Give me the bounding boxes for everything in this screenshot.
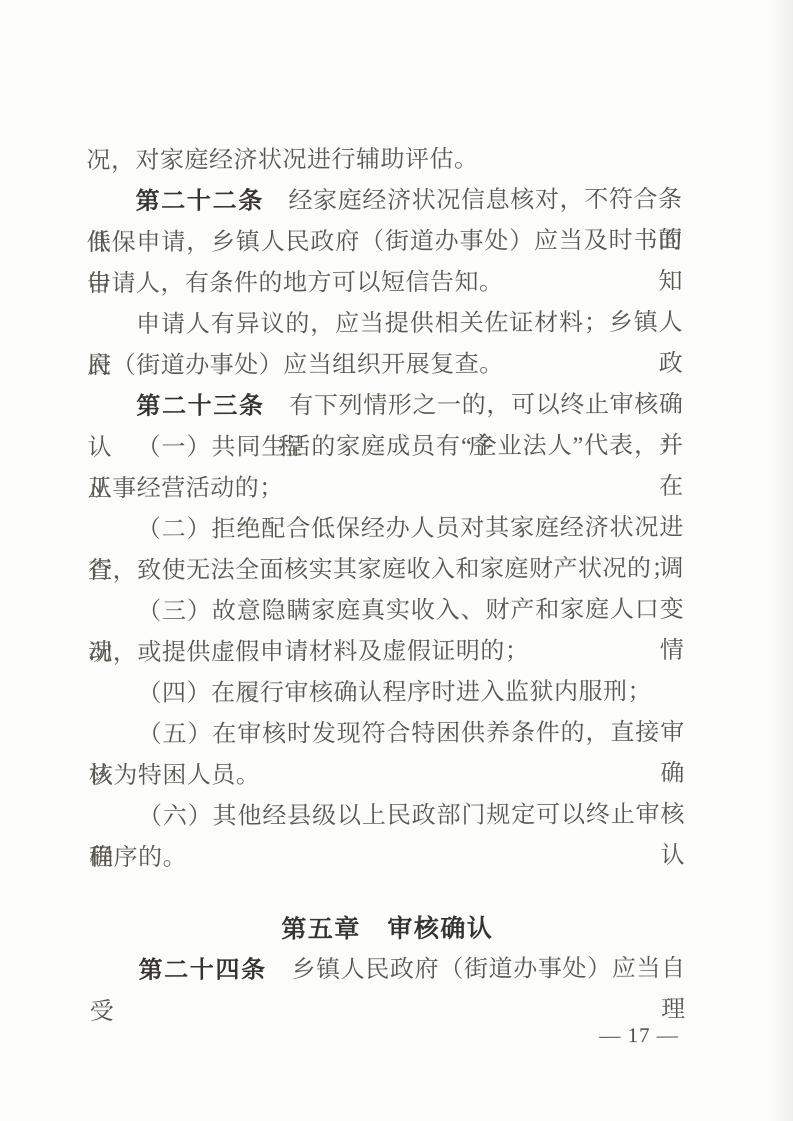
section-block: 第五章 审核确认 第二十四条 乡镇人民政府（街道办事处）应当自受理 <box>89 908 685 992</box>
article-number: 第二十四条 <box>139 958 267 984</box>
text-line: （四）在履行审核确认程序时进入监狱内服刑； <box>88 672 684 715</box>
scan-content: 况，对家庭经济状况进行辅助评估。第二十二条 经家庭经济状况信息核对，不符合条件的… <box>0 0 793 1121</box>
text-line: （五）在审核时发现符合特困供养条件的，直接审核确 <box>89 713 685 756</box>
text-line: （三）故意隐瞒家庭真实收入、财产和家庭人口变动情 <box>88 590 684 633</box>
text-line: 低保申请，乡镇人民政府（街道办事处）应当及时书面告知 <box>87 221 683 264</box>
text-line: 况，对家庭经济状况进行辅助评估。 <box>86 139 682 182</box>
text-line: 申请人有异议的，应当提供相关佐证材料；乡镇人民政 <box>87 303 683 346</box>
text-line: （二）拒绝配合低保经办人员对其家庭经济状况进行调 <box>88 508 684 551</box>
article-number: 第二十三条 <box>136 394 264 420</box>
chapter-heading: 第五章 审核确认 <box>89 908 685 951</box>
section-lines: 第二十四条 乡镇人民政府（街道办事处）应当自受理 <box>89 949 685 992</box>
text-line: （一）共同生活的家庭成员有“企业法人”代表，并正在 <box>87 426 683 469</box>
text-line: （六）其他经县级以上民政部门规定可以终止审核确认 <box>89 795 685 838</box>
document-page: 况，对家庭经济状况进行辅助评估。第二十二条 经家庭经济状况信息核对，不符合条件的… <box>0 0 793 1121</box>
text-line: 第二十二条 经家庭经济状况信息核对，不符合条件的 <box>87 180 683 223</box>
text-line: 第二十三条 有下列情形之一的，可以终止审核确认程序： <box>87 385 683 428</box>
text-line: 查，致使无法全面核实其家庭收入和家庭财产状况的； <box>88 549 684 592</box>
text-line: 第二十四条 乡镇人民政府（街道办事处）应当自受理 <box>89 949 685 992</box>
article-number: 第二十二条 <box>136 189 264 215</box>
body-lines: 况，对家庭经济状况进行辅助评估。第二十二条 经家庭经济状况信息核对，不符合条件的… <box>86 139 685 879</box>
page-number: — 17 — <box>599 1023 679 1048</box>
